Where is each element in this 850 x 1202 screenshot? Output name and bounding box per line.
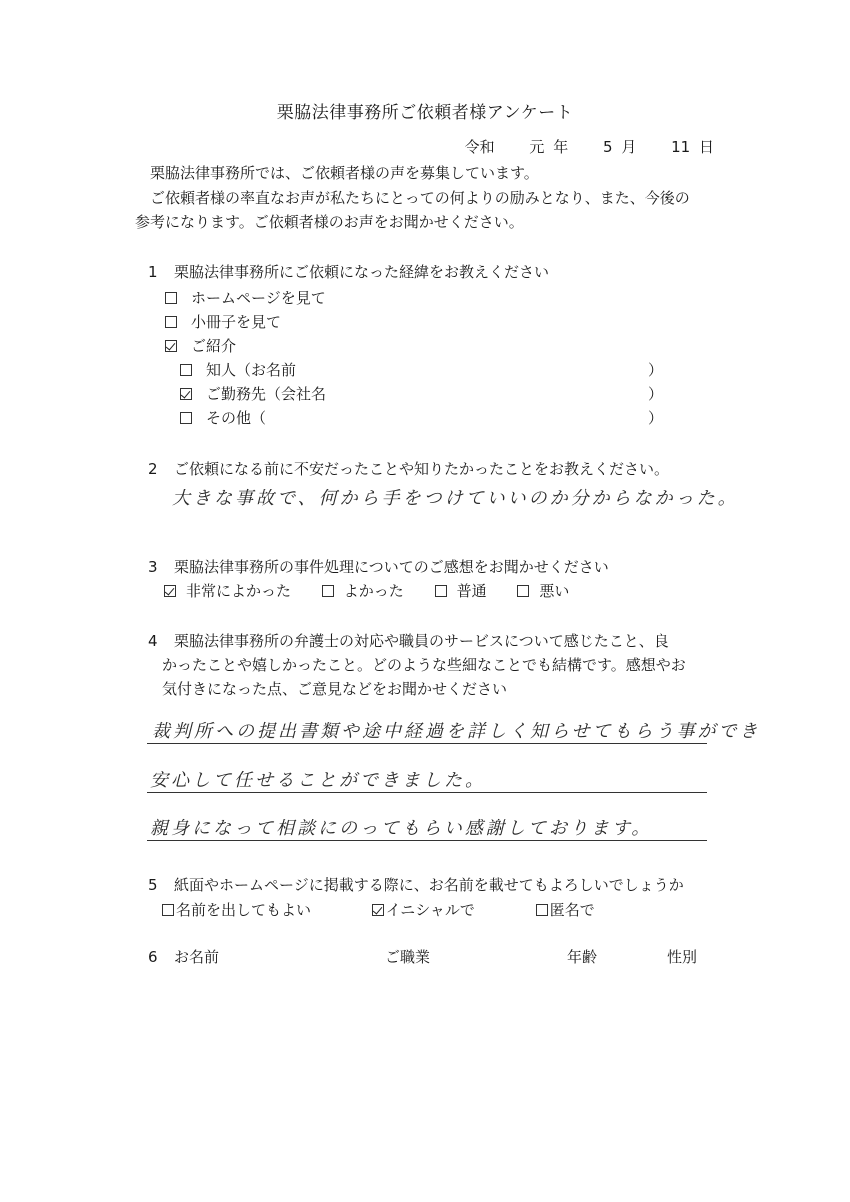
q3-option-bad[interactable]: 悪い [517,580,569,601]
checkbox-unchecked[interactable] [165,292,177,304]
option-label: イニシャルで [386,901,475,919]
question-number: 2 [148,460,174,478]
q1-option-homepage[interactable]: ホームページを見て [165,287,326,308]
date-year: 元 [529,138,544,156]
checkbox-checked[interactable] [165,340,177,352]
option-label: 名前を出してもよい [176,901,311,919]
question-text: ご依頼になる前に不安だったことや知りたかったことをお教えください。 [174,460,669,478]
q3-option-average[interactable]: 普通 [435,580,487,601]
checkbox-unchecked[interactable] [180,412,192,424]
question-text: 栗脇法律事務所の弁護士の対応や職員のサービスについて感じたこと、良 [174,632,669,650]
question-text: 栗脇法律事務所の事件処理についてのご感想をお聞かせください [174,558,609,576]
question-number: 3 [148,558,174,576]
q3-option-very-good[interactable]: 非常によかった [164,580,291,601]
q5-options: 名前を出してもよい イニシャルで 匿名で [162,899,651,920]
q1-sub-option-acquaintance[interactable]: 知人（お名前 [180,359,296,380]
question-number: 1 [148,263,174,281]
q1-sub-option-workplace[interactable]: ご勤務先（会社名 [180,383,326,404]
date-day: 11 [671,138,690,156]
question-4-line-3: 気付きになった点、ご意見などをお聞かせください [162,678,507,699]
question-5: 5紙面やホームページに掲載する際に、お名前を載せてもよろしいでしょうか [148,874,684,895]
checkbox-checked[interactable] [372,904,384,916]
question-4: 4栗脇法律事務所の弁護士の対応や職員のサービスについて感じたこと、良 [148,630,669,651]
close-paren: ） [648,407,663,428]
gender-label: 性別 [667,946,697,967]
option-label: 普通 [457,582,487,600]
checkbox-unchecked[interactable] [536,904,548,916]
question-4-line-2: かったことや嬉しかったこと。どのような些細なことでも結構です。感想やお [162,654,686,675]
option-label: 匿名で [550,901,595,919]
q3-options: 非常によかった よかった 普通 悪い [164,580,595,601]
checkbox-unchecked[interactable] [180,364,192,376]
question-text: 栗脇法律事務所にご依頼になった経緯をお教えください [174,263,549,281]
question-3: 3栗脇法律事務所の事件処理についてのご感想をお聞かせください [148,556,609,577]
checkbox-unchecked[interactable] [517,585,529,597]
q4-handwritten-answer-line-3[interactable]: 親身になって相談にのってもらい感謝しております。 [150,814,652,840]
intro-line-3: 参考になります。ご依頼者様のお声をお聞かせください。 [135,211,524,232]
q5-option-anonymous[interactable]: 匿名で [536,899,595,920]
option-label: ホームページを見て [191,289,326,307]
option-label: よかった [344,582,404,600]
name-label: お名前 [174,948,219,966]
date-day-unit: 日 [699,138,714,156]
job-label: ご職業 [385,946,430,967]
q5-option-full-name[interactable]: 名前を出してもよい [162,899,311,920]
question-number: 5 [148,876,174,894]
question-2: 2ご依頼になる前に不安だったことや知りたかったことをお教えください。 [148,458,669,479]
date-month-unit: 月 [621,138,636,156]
checkbox-unchecked[interactable] [165,316,177,328]
question-text: 紙面やホームページに掲載する際に、お名前を載せてもよろしいでしょうか [174,876,684,894]
survey-title: 栗脇法律事務所ご依頼者様アンケート [0,98,850,123]
checkbox-unchecked[interactable] [162,904,174,916]
date-era: 令和 [465,138,495,156]
question-number: 4 [148,632,174,650]
q1-option-referral[interactable]: ご紹介 [165,335,236,356]
close-paren: ） [648,359,663,380]
q2-handwritten-answer[interactable]: 大きな事故で、何から手をつけていいのか分からなかった。 [172,484,739,510]
checkbox-unchecked[interactable] [322,585,334,597]
option-label: 悪い [539,582,569,600]
option-label: ご勤務先（会社名 [206,385,326,403]
question-6: 6お名前 [148,946,219,967]
answer-underline [147,792,707,793]
date-month: 5 [603,138,613,156]
checkbox-checked[interactable] [164,585,176,597]
date-year-unit: 年 [553,138,568,156]
intro-line-1: 栗脇法律事務所では、ご依頼者様の声を募集しています。 [150,162,539,183]
q1-option-booklet[interactable]: 小冊子を見て [165,311,281,332]
q1-sub-option-other[interactable]: その他（ [180,407,266,428]
question-1: 1栗脇法律事務所にご依頼になった経緯をお教えください [148,261,549,282]
q4-handwritten-answer-line-2[interactable]: 安心して任せることができました。 [150,766,486,792]
age-label: 年齢 [567,946,597,967]
checkbox-checked[interactable] [180,388,192,400]
close-paren: ） [648,383,663,404]
date-line: 令和 元 年 5 月 11 日 [461,136,714,157]
checkbox-unchecked[interactable] [435,585,447,597]
question-number: 6 [148,948,174,966]
intro-line-2: ご依頼者様の率直なお声が私たちにとっての何よりの励みとなり、また、今後の [150,187,690,208]
q3-option-good[interactable]: よかった [322,580,404,601]
answer-underline [147,743,707,744]
answer-underline [147,840,707,841]
option-label: 小冊子を見て [191,313,281,331]
q5-option-initials[interactable]: イニシャルで [372,899,475,920]
option-label: 非常によかった [186,582,291,600]
option-label: ご紹介 [191,337,236,355]
option-label: 知人（お名前 [206,361,296,379]
option-label: その他（ [206,409,266,427]
q4-handwritten-answer-line-1[interactable]: 裁判所への提出書類や途中経過を詳しく知らせてもらう事ができ [152,717,760,743]
